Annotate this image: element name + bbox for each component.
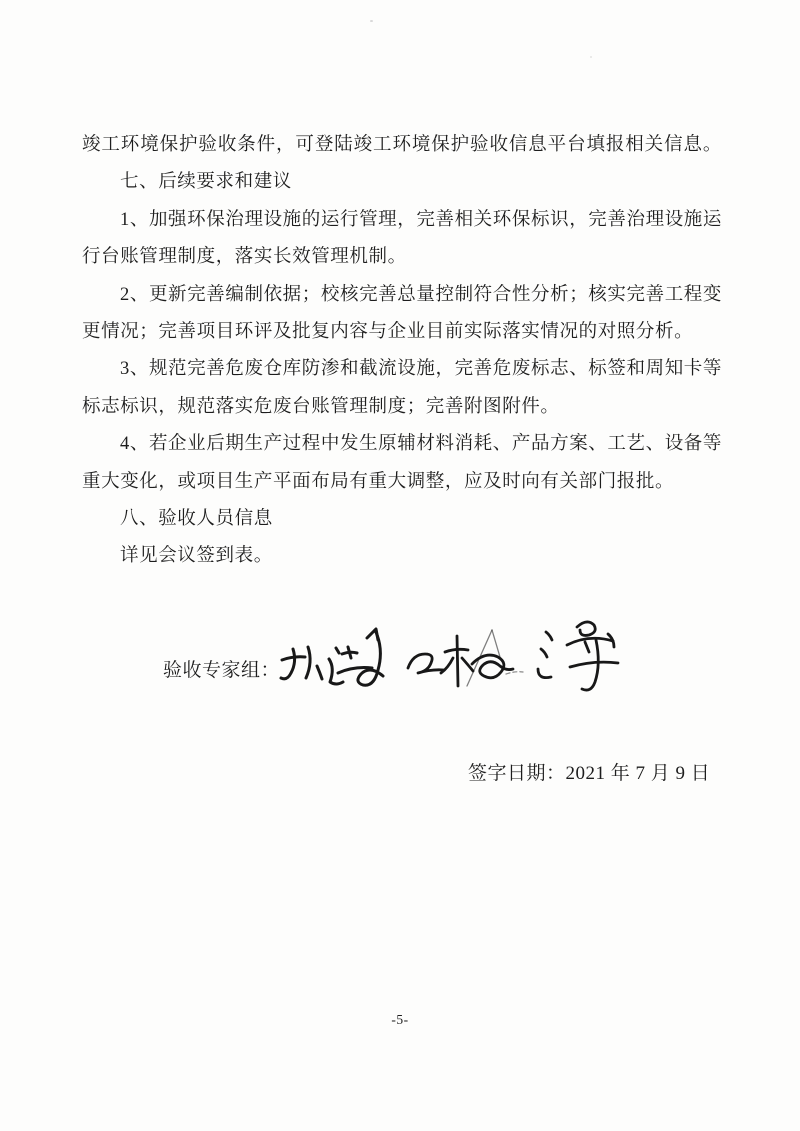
signature-label: 验收专家组： bbox=[163, 655, 280, 682]
section-7-item-3: 3、规范完善危废仓库防渗和截流设施，完善危废标志、标签和周知卡等标志标识，规范落… bbox=[82, 351, 722, 426]
scan-speck bbox=[590, 56, 592, 58]
scan-speck bbox=[370, 20, 373, 22]
handwritten-signature-3-icon bbox=[530, 612, 630, 710]
section-7-heading: 七、后续要求和建议 bbox=[82, 164, 722, 201]
signature-row: 验收专家组： bbox=[0, 610, 800, 720]
section-7-item-1: 1、加强环保治理设施的运行管理，完善相关环保标识，完善治理设施运行台账管理制度，… bbox=[82, 202, 722, 277]
continuation-paragraph: 竣工环境保护验收条件，可登陆竣工环境保护验收信息平台填报相关信息。 bbox=[82, 127, 722, 164]
section-7-item-2: 2、更新完善编制依据；校核完善总量控制符合性分析；核实完善工程变更情况；完善项目… bbox=[82, 277, 722, 352]
page-number: -5- bbox=[0, 1012, 800, 1028]
section-8-body: 详见会议签到表。 bbox=[82, 538, 722, 575]
date-line: 签字日期：2021 年 7 月 9 日 bbox=[468, 758, 710, 785]
handwritten-signature-2-icon bbox=[402, 622, 528, 708]
document-page: 竣工环境保护验收条件，可登陆竣工环境保护验收信息平台填报相关信息。 七、后续要求… bbox=[0, 0, 800, 1131]
document-body: 竣工环境保护验收条件，可登陆竣工环境保护验收信息平台填报相关信息。 七、后续要求… bbox=[82, 127, 722, 576]
section-8-heading: 八、验收人员信息 bbox=[82, 501, 722, 538]
section-7-item-4: 4、若企业后期生产过程中发生原辅材料消耗、产品方案、工艺、设备等重大变化，或项目… bbox=[82, 426, 722, 501]
handwritten-signature-1-icon bbox=[276, 616, 392, 716]
